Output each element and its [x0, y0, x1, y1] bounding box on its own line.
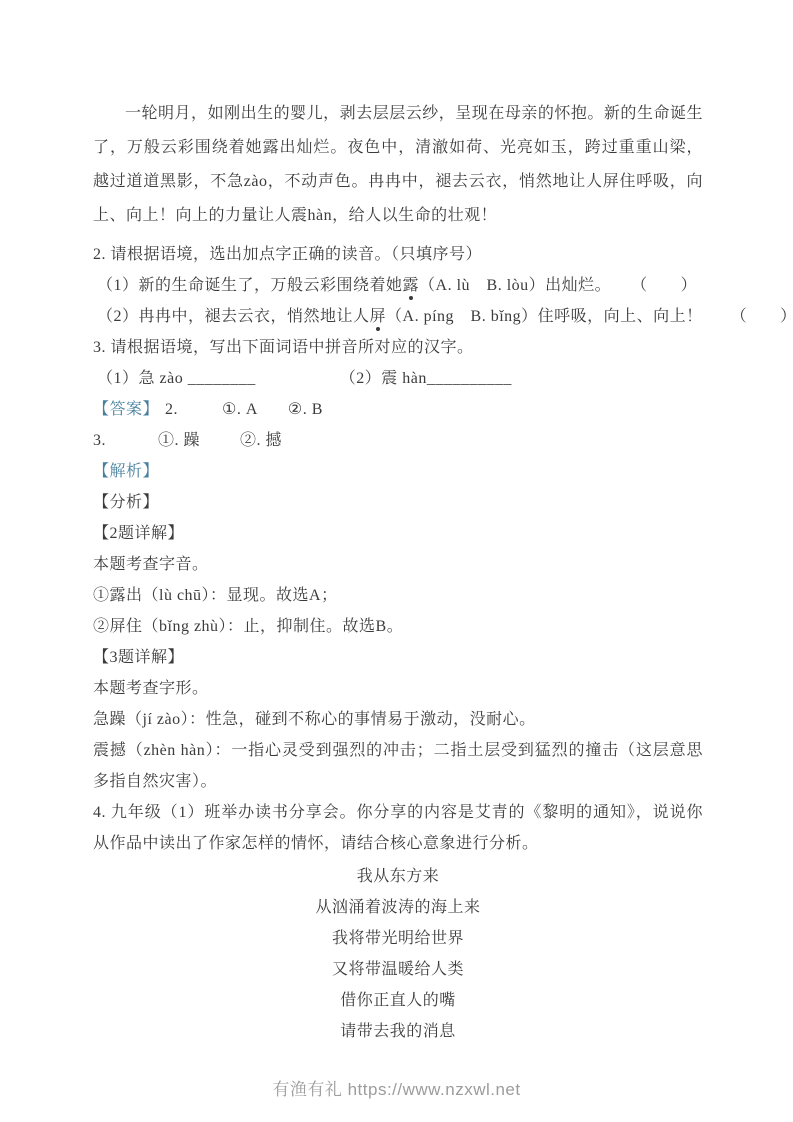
question3-item1: （1）急 zào ________ [97, 363, 256, 394]
poem-line: 借你正直人的嘴 [93, 985, 703, 1016]
poem-line: 我将带光明给世界 [93, 923, 703, 954]
analysis-jiexi-label: 【解析】 [93, 456, 703, 487]
analysis-q2-point1: ①露出（lù chū）：显现。故选A； [93, 580, 703, 611]
poem-line: 请带去我的消息 [93, 1016, 703, 1047]
question2-item2-answer-blank: （ ） [731, 308, 793, 325]
analysis-fenxi-label: 【分析】 [93, 487, 703, 518]
answer-label: 【答案】 [93, 401, 159, 418]
answer-q2-choice2: ②. B [288, 401, 323, 418]
exam-document-page: 一轮明月，如刚出生的婴儿，剥去层层云纱，呈现在母亲的怀抱。新的生命诞生了，万般云… [0, 0, 793, 1122]
analysis-q3-header: 【3题详解】 [93, 642, 703, 673]
question4-stem: 4. 九年级（1）班举办读书分享会。你分享的内容是艾青的《黎明的通知》，说说你从… [93, 797, 703, 859]
question2-item2: （2）冉冉中，褪去云衣，悄然地让人屏（A. píng B. bǐng）住呼吸，向… [93, 301, 703, 332]
analysis-q2-header: 【2题详解】 [93, 518, 703, 549]
answer-line-q3: 3.①. 躁②. 撼 [93, 425, 703, 456]
poem-line: 从汹涌着波涛的海上来 [93, 892, 703, 923]
question2-item1-answer-blank: （ ） [639, 277, 697, 294]
answer-line-q2: 【答案】2.①. A②. B [93, 394, 703, 425]
site-watermark: 有渔有礼 https://www.nzxwl.net [0, 1075, 793, 1100]
question2-item1-pre: （1）新的生命诞生了，万般云彩围绕着她 [97, 277, 403, 294]
question2-item2-dotted-char: 屏 [370, 301, 387, 332]
question2-item2-pre: （2）冉冉中，褪去云衣，悄然地让人 [97, 308, 370, 325]
answer-q3-char2: ②. 撼 [240, 432, 282, 449]
answer-q2-number: 2. [165, 401, 178, 418]
question2-item2-options: （A. píng B. bǐng）住呼吸，向上、向上！ [386, 308, 703, 325]
poem-line: 又将带温暖给人类 [93, 954, 703, 985]
question2-item1-dotted-char: 露 [403, 270, 420, 301]
question2-item1: （1）新的生命诞生了，万般云彩围绕着她露（A. lù B. lòu）出灿烂。（ … [93, 270, 703, 301]
passage-paragraph: 一轮明月，如刚出生的婴儿，剥去层层云纱，呈现在母亲的怀抱。新的生命诞生了，万般云… [93, 97, 703, 233]
analysis-q3-point1: 急躁（jí zào）：性急，碰到不称心的事情易于激动，没耐心。 [93, 704, 703, 735]
answer-q2-choice1: ①. A [222, 401, 258, 418]
answer-q3-number: 3. [93, 432, 106, 449]
question2-item1-options: （A. lù B. lòu）出灿烂。 [419, 277, 611, 294]
answer-q3-char1: ①. 躁 [158, 432, 200, 449]
question3-item2: （2）震 hàn__________ [340, 363, 512, 394]
poem-line: 我从东方来 [93, 861, 703, 892]
question3-stem: 3. 请根据语境，写出下面词语中拼音所对应的汉字。 [93, 332, 703, 363]
analysis-q2-intro: 本题考查字音。 [93, 549, 703, 580]
question2-stem: 2. 请根据语境，选出加点字正确的读音。（只填序号） [93, 239, 703, 270]
analysis-q3-intro: 本题考查字形。 [93, 673, 703, 704]
poem-block: 我从东方来 从汹涌着波涛的海上来 我将带光明给世界 又将带温暖给人类 借你正直人… [93, 861, 703, 1047]
question3-items: （1）急 zào ________ （2）震 hàn__________ [93, 363, 703, 394]
analysis-q3-point2: 震撼（zhèn hàn）：一指心灵受到强烈的冲击；二指土层受到猛烈的撞击（这层意… [93, 735, 703, 797]
analysis-q2-point2: ②屏住（bǐng zhù）：止，抑制住。故选B。 [93, 611, 703, 642]
